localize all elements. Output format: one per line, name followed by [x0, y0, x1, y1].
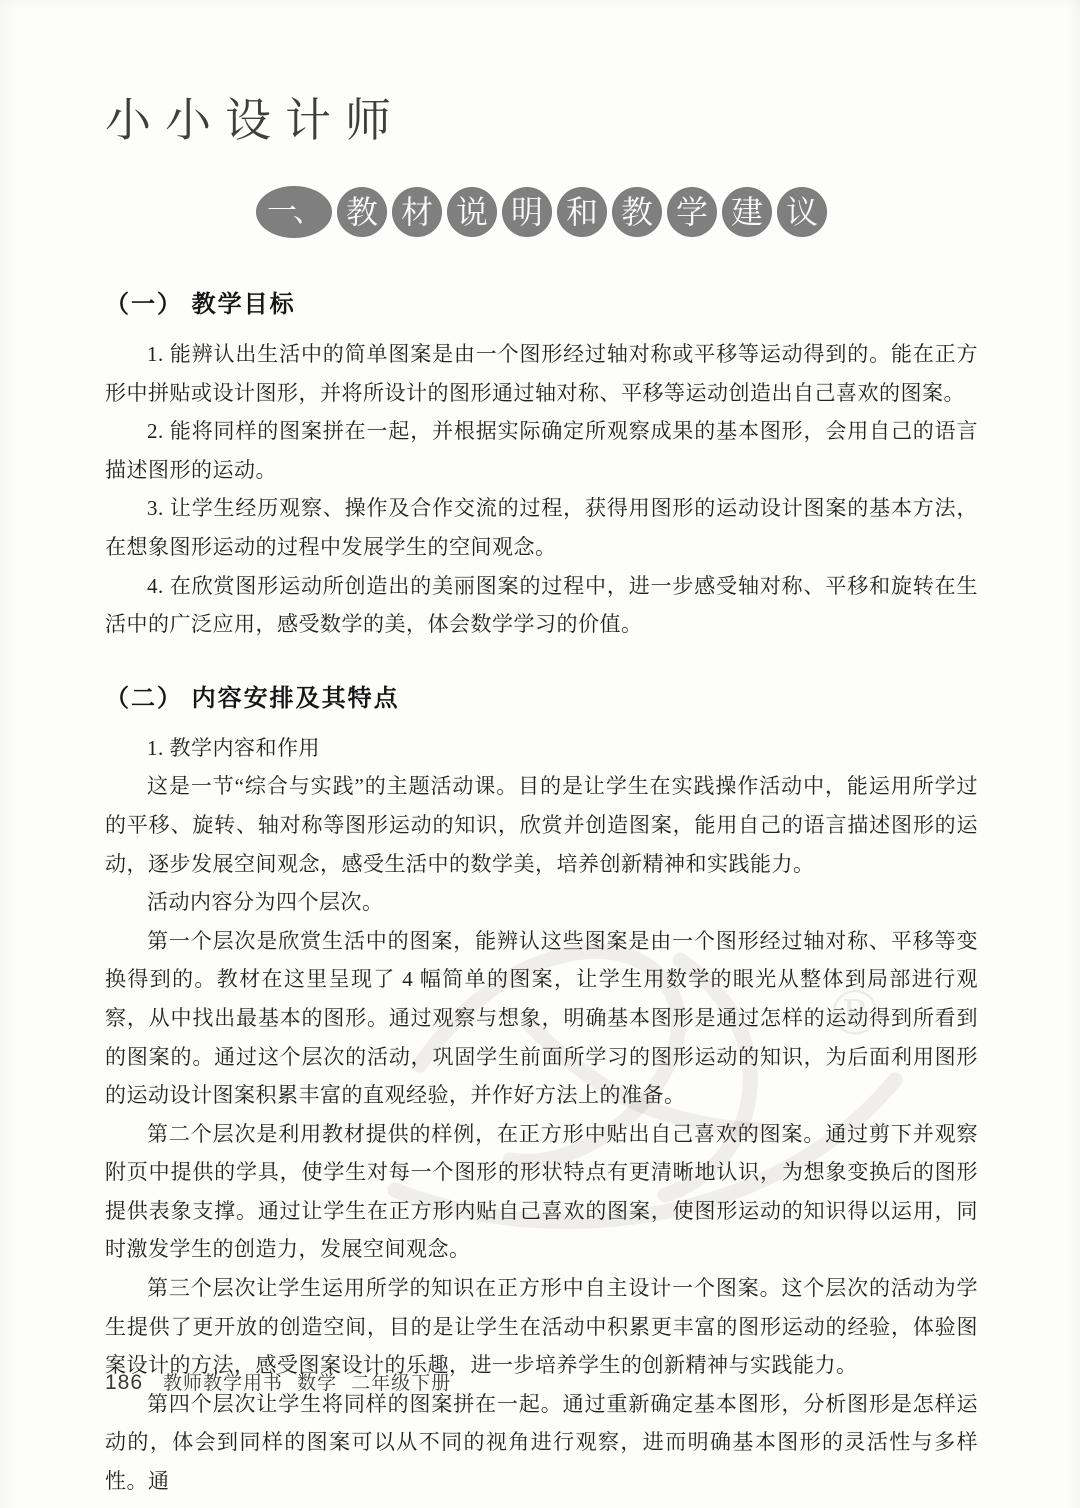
paragraph: 活动内容分为四个层次。: [105, 883, 978, 922]
section-banner: 一、 教 材 说 明 和 教 学 建 议: [105, 186, 978, 238]
banner-char-badge: 和: [557, 187, 607, 237]
paragraph: 这是一节“综合与实践”的主题活动课。目的是让学生在实践操作活动中，能运用所学过的…: [105, 767, 978, 883]
banner-char-badge: 建: [722, 187, 772, 237]
banner-char-badge: 议: [777, 187, 827, 237]
paragraph: 3. 让学生经历观察、操作及合作交流的过程，获得用图形的运动设计图案的基本方法，…: [105, 489, 978, 566]
banner-char-badge: 教: [612, 187, 662, 237]
paragraph: 第四个层次让学生将同样的图案拼在一起。通过重新确定基本图形，分析图形是怎样运动的…: [105, 1385, 978, 1501]
footer-volume: 二年级下册: [351, 1368, 451, 1395]
page-footer: 186 教师教学用书 数学 二年级下册: [105, 1368, 465, 1395]
page-number: 186: [105, 1371, 143, 1395]
paragraph: 第二个层次是利用教材提供的样例，在正方形中贴出自己喜欢的图案。通过剪下并观察附页…: [105, 1115, 978, 1269]
page-title: 小小设计师: [105, 0, 978, 150]
footer-book-series: 教师教学用书: [163, 1368, 283, 1395]
paragraph: 第一个层次是欣赏生活中的图案，能辨认这些图案是由一个图形经过轴对称、平移等变换得…: [105, 922, 978, 1115]
banner-char-badge: 材: [392, 187, 442, 237]
section-heading-content-arrangement: （二） 内容安排及其特点: [105, 678, 978, 713]
scanned-book-page: ® 小小设计师 一、 教 材 说 明 和 教 学 建 议 （一） 教学目标 1.…: [0, 0, 1080, 1508]
paragraph: 4. 在欣赏图形运动所创造出的美丽图案的过程中，进一步感受轴对称、平移和旋转在生…: [105, 567, 978, 644]
page-content: 小小设计师 一、 教 材 说 明 和 教 学 建 议 （一） 教学目标 1. 能…: [0, 0, 1080, 1501]
section-heading-teaching-goals: （一） 教学目标: [105, 284, 978, 319]
subsection-heading: 1. 教学内容和作用: [105, 729, 978, 768]
footer-subject: 数学: [297, 1368, 337, 1395]
paragraph: 1. 能辨认出生活中的简单图案是由一个图形经过轴对称或平移等运动得到的。能在正方…: [105, 335, 978, 412]
paragraph: 2. 能将同样的图案拼在一起，并根据实际确定所观察成果的基本图形，会用自己的语言…: [105, 412, 978, 489]
banner-char-badge: 学: [667, 187, 717, 237]
banner-char-badge: 教: [337, 187, 387, 237]
banner-char-badge: 明: [502, 187, 552, 237]
banner-number-badge: 一、: [256, 186, 332, 238]
banner-char-badge: 说: [447, 187, 497, 237]
